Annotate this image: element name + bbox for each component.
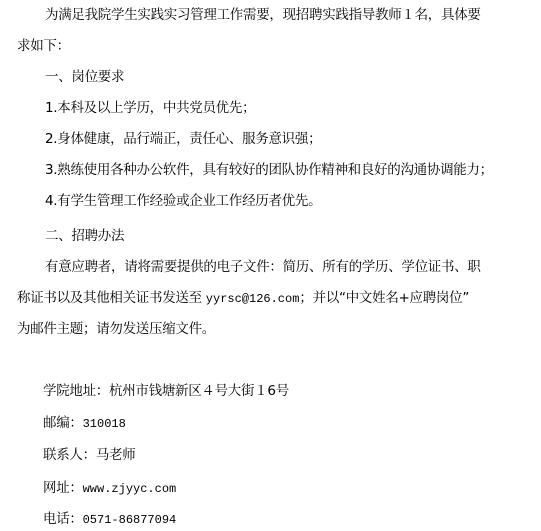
intro-line-2: 求如下： (17, 38, 70, 54)
requirement-item-2: 2.身体健康，品行端正，责任心、服务意识强； (45, 131, 321, 147)
method-paragraph-line-1: 有意应聘者，请将需要提供的电子文件：简历、所有的学历、学位证书、职 (45, 259, 481, 275)
phone-value: 0571-86877094 (83, 513, 177, 527)
contact-person: 联系人：马老师 (43, 447, 135, 463)
contact-postcode: 邮编：310018 (43, 415, 126, 432)
requirement-item-1: 1.本科及以上学历，中共党员优先； (45, 100, 255, 116)
contact-address: 学院地址：杭州市钱塘新区４号大街１6号 (43, 383, 289, 399)
website-label: 网址： (43, 480, 83, 496)
method-paragraph-line-3: 为邮件主题；请勿发送压缩文件。 (17, 321, 215, 337)
intro-line-1: 为满足我院学生实践实习管理工作需要，现招聘实践指导教师１名，具体要 (45, 7, 481, 23)
website-value: www.zjyyc.com (83, 482, 177, 496)
postcode-value: 310018 (83, 417, 126, 431)
person-value: 马老师 (96, 447, 136, 463)
person-label: 联系人： (43, 447, 96, 463)
email-address: yyrsc@126.com (206, 292, 300, 306)
postcode-label: 邮编： (43, 415, 83, 431)
method-paragraph-line-2: 称证书以及其他相关证书发送至 yyrsc@126.com；并以“中文姓名+应聘岗… (17, 290, 469, 307)
section-heading-requirements: 一、岗位要求 (45, 69, 124, 85)
address-value: 杭州市钱塘新区４号大街１6号 (109, 383, 289, 399)
contact-website: 网址：www.zjyyc.com (43, 480, 176, 497)
requirement-item-3: 3.熟练使用各种办公软件，具有较好的团队协作精神和良好的沟通协调能力； (45, 162, 493, 178)
method-text-pre: 称证书以及其他相关证书发送至 (17, 290, 206, 306)
contact-phone: 电话：0571-86877094 (43, 511, 176, 528)
section-heading-method: 二、招聘办法 (45, 228, 124, 244)
method-text-post: ；并以“中文姓名+应聘岗位” (299, 290, 469, 306)
requirement-item-4: 4.有学生管理工作经验或企业工作经历者优先。 (45, 193, 321, 209)
address-label: 学院地址： (43, 383, 109, 399)
phone-label: 电话： (43, 511, 83, 527)
